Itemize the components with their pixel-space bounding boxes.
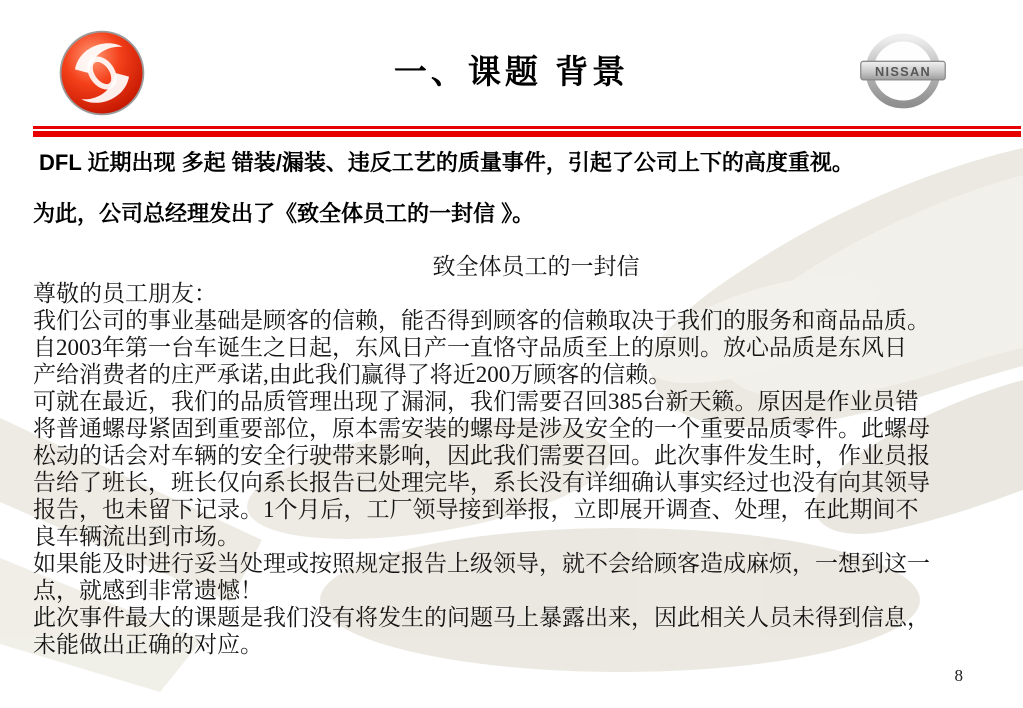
letter-line: 此次事件最大的课题是我们没有将发生的问题马上暴露出来，因此相关人员未得到信息，	[33, 604, 1011, 631]
letter-line: 将普通螺母紧固到重要部位，原本需安装的螺母是涉及安全的一个重要品质零件。此螺母	[33, 415, 1011, 442]
nissan-logo-icon: NISSAN	[859, 30, 947, 112]
slide: 一、课题 背景 NISSAN DFL 近期出现 多起 错装/漏装、违反工艺的质量…	[0, 0, 1023, 708]
intro-line-1: DFL 近期出现 多起 错装/漏装、违反工艺的质量事件，引起了公司上下的高度重视…	[33, 148, 1008, 178]
letter-line: 报告，也未留下记录。1个月后，工厂领导接到举报，立即展开调查、处理，在此期间不	[33, 496, 1011, 523]
letter-line: 自2003年第一台车诞生之日起，东风日产一直恪守品质至上的原则。放心品质是东风日	[33, 334, 1011, 361]
letter-line: 告给了班长，班长仅向系长报告已处理完毕，系长没有详细确认事实经过也没有向其领导	[33, 469, 1011, 496]
letter-line: 未能做出正确的对应。	[33, 631, 1011, 658]
letter-line: 尊敬的员工朋友：	[33, 280, 1011, 307]
letter-line: 如果能及时进行妥当处理或按照规定报告上级领导，就不会给顾客造成麻烦，一想到这一	[33, 550, 1011, 577]
letter-body: 致全体员工的一封信 尊敬的员工朋友： 我们公司的事业基础是顾客的信赖，能否得到顾…	[33, 253, 1011, 658]
letter-line: 良车辆流出到市场。	[33, 523, 1011, 550]
intro-line-2: 为此，公司总经理发出了《致全体员工的一封信 》。	[33, 199, 1008, 229]
title-divider	[33, 126, 1021, 137]
letter-line: 产给消费者的庄严承诺,由此我们赢得了将近200万顾客的信赖。	[33, 361, 1011, 388]
nissan-logo-text: NISSAN	[875, 64, 931, 79]
letter-line: 可就在最近，我们的品质管理出现了漏洞，我们需要召回385台新天籁。原因是作业员错	[33, 388, 1011, 415]
page-number: 8	[955, 666, 964, 686]
intro-paragraphs: DFL 近期出现 多起 错装/漏装、违反工艺的质量事件，引起了公司上下的高度重视…	[33, 148, 1008, 229]
divider-thick-line	[33, 131, 1021, 137]
letter-line: 我们公司的事业基础是顾客的信赖，能否得到顾客的信赖取决于我们的服务和商品品质。	[33, 307, 1011, 334]
letter-line: 点，就感到非常遗憾！	[33, 577, 1011, 604]
letter-line: 松动的话会对车辆的安全行驶带来影响，因此我们需要召回。此次事件发生时，作业员报	[33, 442, 1011, 469]
letter-title: 致全体员工的一封信	[47, 253, 1023, 280]
